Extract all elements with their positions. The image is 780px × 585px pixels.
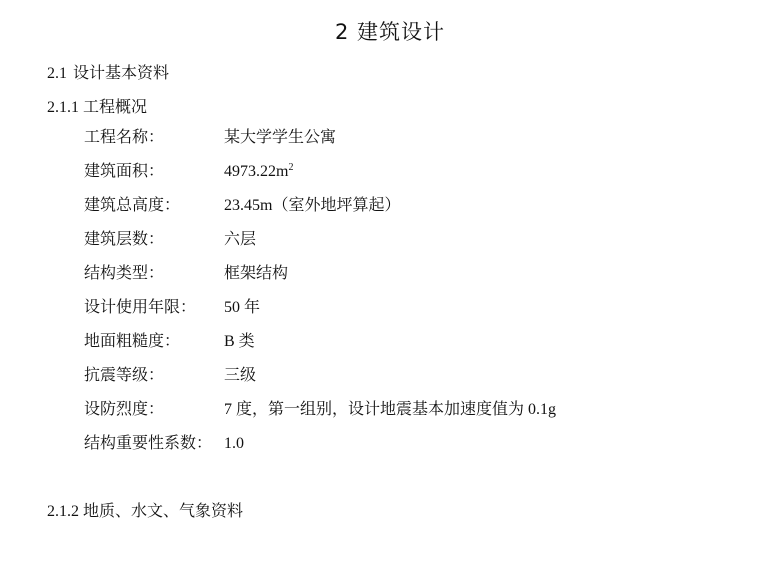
section-number: 2.1 — [47, 65, 67, 82]
info-row-fortification-intensity: 设防烈度：7 度，第一组别，设计地震基本加速度值为 0.1g — [84, 399, 556, 421]
subsection-number: 2.1.1 — [47, 99, 79, 116]
info-value: 六层 — [224, 229, 256, 251]
info-label: 工程名称： — [84, 127, 224, 149]
info-row-importance-factor: 结构重要性系数：1.0 — [84, 433, 244, 455]
info-label: 抗震等级： — [84, 365, 224, 387]
info-label: 结构类型： — [84, 263, 224, 285]
area-number: 4973.22m — [224, 163, 288, 180]
subsection-heading-geology: 2.1.2地质、水文、气象资料 — [47, 498, 243, 521]
info-row-seismic-grade: 抗震等级：三级 — [84, 365, 256, 387]
area-superscript: 2 — [288, 162, 293, 173]
info-row-structure-type: 结构类型：框架结构 — [84, 263, 288, 285]
info-label: 建筑层数： — [84, 229, 224, 251]
subsection-title: 地质、水文、气象资料 — [83, 503, 243, 520]
info-row-project-name: 工程名称：某大学学生公寓 — [84, 127, 336, 149]
subsection-number: 2.1.2 — [47, 503, 79, 520]
info-value: 某大学学生公寓 — [224, 127, 336, 149]
info-value: B 类 — [224, 331, 255, 353]
info-label: 建筑面积： — [84, 161, 224, 183]
section-heading: 2.1设计基本资料 — [47, 60, 169, 83]
info-value: 23.45m（室外地坪算起） — [224, 195, 400, 217]
info-value: 4973.22m2 — [224, 161, 293, 183]
info-row-design-life: 设计使用年限：50 年 — [84, 297, 260, 319]
info-label: 设计使用年限： — [84, 297, 224, 319]
info-row-building-area: 建筑面积：4973.22m2 — [84, 161, 293, 183]
info-row-floors: 建筑层数：六层 — [84, 229, 256, 251]
info-row-building-height: 建筑总高度：23.45m（室外地坪算起） — [84, 195, 400, 217]
page-title: 2 建筑设计 — [0, 16, 780, 46]
info-label: 建筑总高度： — [84, 195, 224, 217]
info-value: 1.0 — [224, 433, 244, 455]
info-label: 结构重要性系数： — [84, 433, 224, 455]
section-title: 设计基本资料 — [73, 65, 169, 82]
info-row-ground-roughness: 地面粗糙度：B 类 — [84, 331, 255, 353]
subsection-heading-overview: 2.1.1工程概况 — [47, 94, 147, 117]
info-value: 三级 — [224, 365, 256, 387]
subsection-title: 工程概况 — [83, 99, 147, 116]
info-label: 设防烈度： — [84, 399, 224, 421]
info-value: 框架结构 — [224, 263, 288, 285]
info-value: 7 度，第一组别，设计地震基本加速度值为 0.1g — [224, 399, 556, 421]
info-value: 50 年 — [224, 297, 260, 319]
info-label: 地面粗糙度： — [84, 331, 224, 353]
